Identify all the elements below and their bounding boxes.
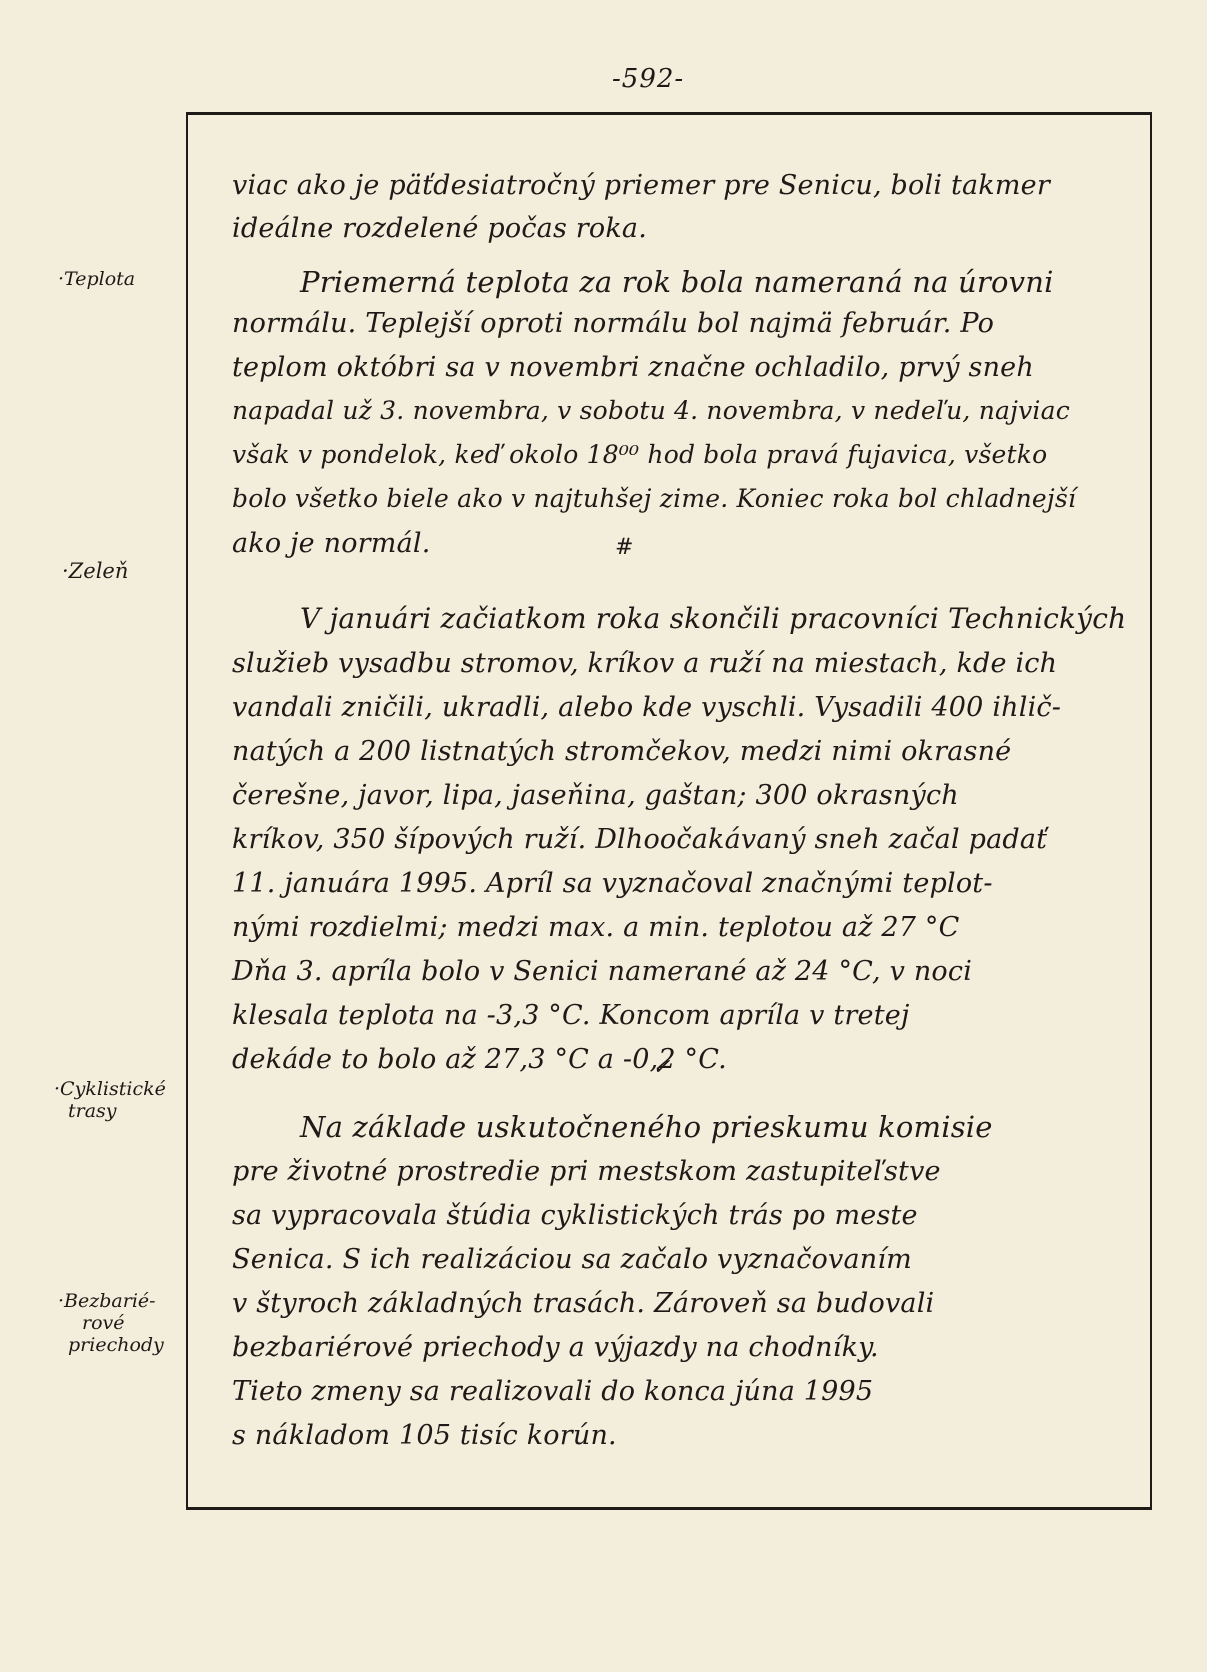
text-line: nými rozdielmi; medzi max. a min. teplot… bbox=[232, 912, 959, 943]
text-line: bolo všetko biele ako v najtuhšej zime. … bbox=[232, 484, 1076, 513]
text-line: 11. januára 1995. Apríl sa vyznačoval zn… bbox=[232, 868, 993, 899]
margin-note-teplota: ·Teplota bbox=[58, 268, 135, 290]
paragraph-mark: # bbox=[615, 535, 633, 560]
paragraph-mark: ✓ bbox=[652, 1055, 670, 1080]
text-line: ako je normál. bbox=[232, 528, 431, 559]
text-line: V januári začiatkom roka skončili pracov… bbox=[300, 602, 1126, 635]
text-line: kríkov, 350 šípových ruží. Dlhoočakávaný… bbox=[232, 824, 1047, 855]
page-number: -592- bbox=[612, 64, 684, 94]
text-line: klesala teplota na -3,3 °C. Koncom apríl… bbox=[232, 1000, 910, 1031]
text-line: normálu. Teplejší oproti normálu bol naj… bbox=[232, 308, 994, 339]
text-line: služieb vysadbu stromov, kríkov a ruží n… bbox=[232, 648, 1057, 679]
text-line: bezbariérové priechody a výjazdy na chod… bbox=[232, 1332, 879, 1363]
text-line: Tieto zmeny sa realizovali do konca júna… bbox=[232, 1376, 873, 1407]
margin-note-label-cont2: priechody bbox=[58, 1334, 164, 1356]
text-line: Dňa 3. apríla bolo v Senici namerané až … bbox=[232, 956, 972, 987]
text-line: Na základe uskutočneného prieskumu komis… bbox=[300, 1110, 993, 1144]
margin-note-label-cont: rové bbox=[58, 1312, 164, 1334]
text-line: viac ako je päťdesiatročný priemer pre S… bbox=[232, 170, 1050, 201]
margin-note-cyklisticke-trasy: ·Cyklistické trasy bbox=[54, 1078, 166, 1122]
text-line: však v pondelok, keď okolo 18⁰⁰ hod bola… bbox=[232, 440, 1047, 469]
text-line: pre životné prostredie pri mestskom zast… bbox=[232, 1156, 941, 1187]
margin-note-label: ·Cyklistické bbox=[54, 1078, 166, 1100]
text-line: ideálne rozdelené počas roka. bbox=[232, 213, 647, 244]
text-line: vandali zničili, ukradli, alebo kde vysc… bbox=[232, 692, 1061, 723]
margin-note-label: ·Bezbarié- bbox=[58, 1290, 164, 1312]
margin-note-bezbarierove: ·Bezbarié- rové priechody bbox=[58, 1290, 164, 1356]
margin-note-label: ·Zeleň bbox=[62, 559, 128, 583]
text-line: napadal už 3. novembra, v sobotu 4. nove… bbox=[232, 396, 1070, 425]
text-line: natých a 200 listnatých stromčekov, medz… bbox=[232, 736, 1011, 767]
text-line: Senica. S ich realizáciou sa začalo vyzn… bbox=[232, 1244, 912, 1275]
text-line: s nákladom 105 tisíc korún. bbox=[232, 1420, 617, 1451]
margin-note-label: ·Teplota bbox=[58, 268, 135, 290]
text-line: v štyroch základných trasách. Zároveň sa… bbox=[232, 1288, 934, 1319]
text-line: čerešne, javor, lipa, jaseňina, gaštan; … bbox=[232, 780, 959, 811]
margin-note-label-cont: trasy bbox=[54, 1100, 166, 1122]
text-line: teplom októbri sa v novembri značne ochl… bbox=[232, 352, 1034, 383]
text-line: sa vypracovala štúdia cyklistických trás… bbox=[232, 1200, 918, 1231]
text-line: Priemerná teplota za rok bola nameraná n… bbox=[300, 265, 1054, 299]
margin-note-zelen: ·Zeleň bbox=[62, 560, 128, 582]
